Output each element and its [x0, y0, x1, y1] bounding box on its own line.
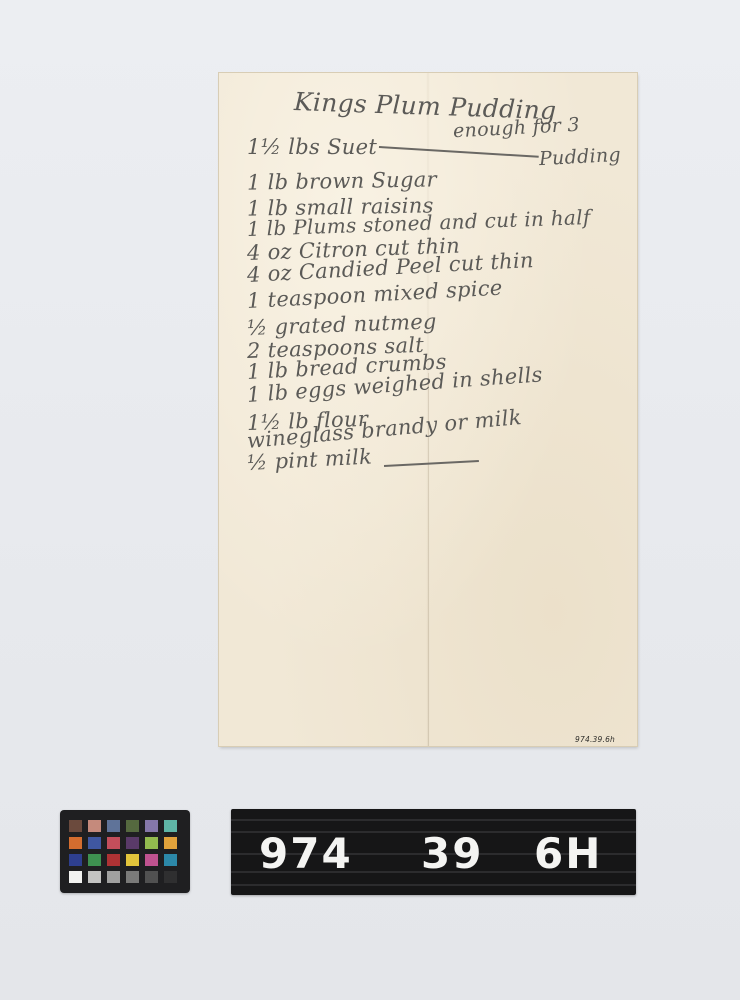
color-swatch [88, 820, 101, 832]
color-swatch [145, 871, 158, 883]
board-groove [231, 884, 636, 886]
accession-label-board: 974 39 6H [231, 809, 636, 895]
color-swatch [107, 837, 120, 849]
board-groove [231, 819, 636, 821]
color-swatch [126, 871, 139, 883]
color-swatch [164, 854, 177, 866]
color-swatch [164, 837, 177, 849]
ingredient-line: ½ pint milk [246, 444, 372, 475]
color-swatch [145, 854, 158, 866]
color-swatch [69, 871, 82, 883]
color-calibration-chart [60, 810, 190, 893]
ingredient-line: 1 lb brown Sugar [247, 167, 437, 194]
color-swatch [69, 820, 82, 832]
color-swatch [88, 837, 101, 849]
color-swatch [126, 854, 139, 866]
label-number-part-1: 974 [259, 829, 353, 879]
accession-number-pencil: 974.39.6h [575, 735, 615, 744]
color-swatch [126, 820, 139, 832]
color-swatch [69, 854, 82, 866]
ingredient-line: 1½ lbs Suet [247, 135, 377, 159]
color-swatch [69, 837, 82, 849]
color-swatch [164, 820, 177, 832]
color-swatch [107, 854, 120, 866]
pencil-stroke [384, 460, 479, 466]
color-swatch [145, 820, 158, 832]
pencil-stroke [379, 146, 539, 157]
color-swatch [145, 837, 158, 849]
swatch-grid [69, 820, 177, 883]
color-swatch [88, 871, 101, 883]
color-swatch [164, 871, 177, 883]
label-number-part-3: 6H [534, 829, 602, 879]
color-swatch [107, 871, 120, 883]
recipe-yield-line-2: Pudding [538, 144, 621, 170]
label-number-part-2: 39 [421, 829, 483, 879]
color-swatch [126, 837, 139, 849]
color-swatch [107, 820, 120, 832]
color-swatch [88, 854, 101, 866]
recipe-card: Kings Plum Pudding enough for 3 Pudding … [219, 73, 637, 746]
